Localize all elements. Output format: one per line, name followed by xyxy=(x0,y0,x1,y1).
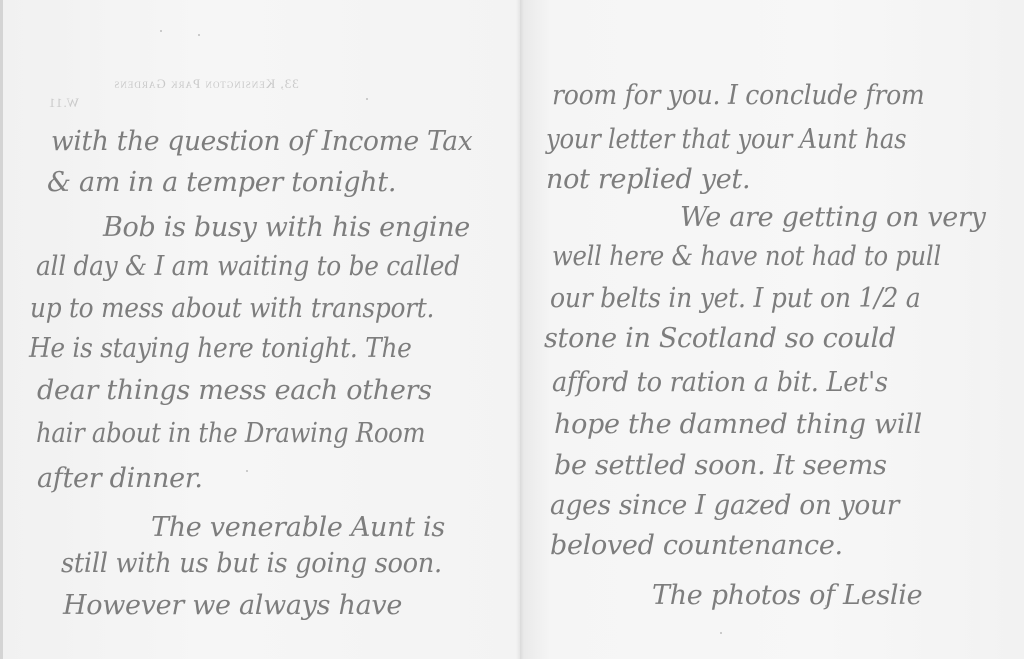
handwritten-line: still with us but is going soon. xyxy=(61,548,442,579)
handwritten-line: stone in Scotland so could xyxy=(544,323,896,354)
paper-speck xyxy=(720,632,722,634)
handwritten-line: The venerable Aunt is xyxy=(151,512,445,543)
handwritten-line: your letter that your Aunt has xyxy=(546,124,906,155)
handwritten-line: hair about in the Drawing Room xyxy=(36,418,425,449)
handwritten-line: & am in a temper tonight. xyxy=(47,167,396,198)
handwritten-line: afford to ration a bit. Let's xyxy=(552,367,888,398)
handwritten-line: The photos of Leslie xyxy=(652,580,922,611)
handwritten-line: hope the damned thing will xyxy=(554,409,922,440)
handwritten-line: We are getting on very xyxy=(680,202,986,233)
handwritten-line: ages since I gazed on your xyxy=(550,490,899,521)
handwritten-line: our belts in yet. I put on 1/2 a xyxy=(550,283,920,314)
letter-scan: 33, Kensington Park Gardens W.11 with th… xyxy=(0,0,1024,659)
paper-speck xyxy=(366,98,368,100)
handwritten-line: room for you. I conclude from xyxy=(552,80,924,111)
handwritten-line: Bob is busy with his engine xyxy=(103,212,470,243)
paper-speck xyxy=(825,605,827,607)
handwritten-line: He is staying here tonight. The xyxy=(29,333,412,364)
handwritten-line: not replied yet. xyxy=(546,164,750,195)
handwritten-line: be settled soon. It seems xyxy=(554,450,887,481)
page-fold xyxy=(516,0,524,659)
paper-speck xyxy=(198,34,200,36)
left-page: 33, Kensington Park Gardens W.11 with th… xyxy=(0,0,520,659)
handwritten-line: all day & I am waiting to be called xyxy=(36,251,460,282)
handwritten-line: beloved countenance. xyxy=(550,530,843,561)
handwritten-line: with the question of Income Tax xyxy=(51,126,472,157)
handwritten-line: after dinner. xyxy=(37,463,203,494)
paper-speck xyxy=(160,30,162,32)
handwritten-line: up to mess about with transport. xyxy=(30,293,434,324)
letterhead-address: 33, Kensington Park Gardens xyxy=(41,76,371,92)
paper-speck xyxy=(246,470,248,472)
handwritten-line: However we always have xyxy=(63,590,402,621)
right-page: room for you. I conclude from your lette… xyxy=(520,0,1024,659)
handwritten-line: dear things mess each others xyxy=(37,375,432,406)
letterhead-postcode: W.11 xyxy=(48,95,79,111)
handwritten-line: well here & have not had to pull xyxy=(552,241,941,272)
